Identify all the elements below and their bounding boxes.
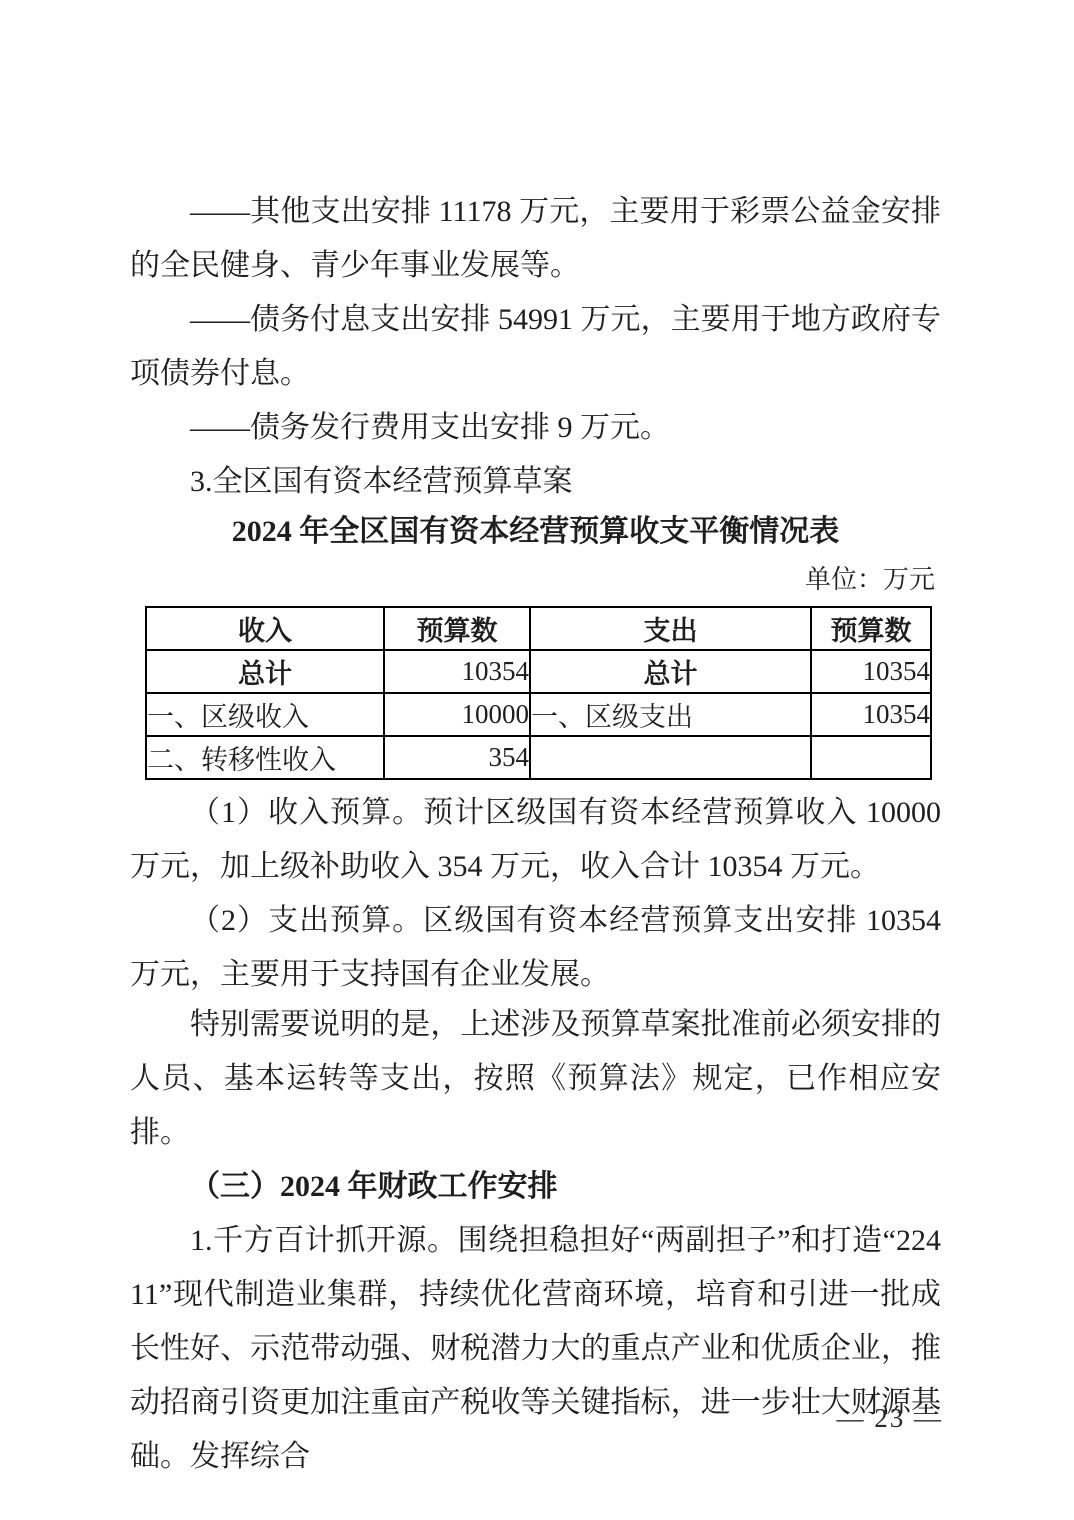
col-header-expenditure: 支出 (530, 607, 811, 650)
paragraph-revenue-budget: （1）收入预算。预计区级国有资本经营预算收入 10000 万元，加上级补助收入 … (130, 786, 941, 894)
heading-2024-fiscal-work: （三）2024 年财政工作安排 (130, 1160, 941, 1214)
unit-label: 单位：万元 (130, 560, 941, 600)
col-header-expenditure-budget: 预算数 (811, 607, 931, 650)
cell-district-income-value: 10000 (384, 693, 530, 736)
paragraph-debt-interest-expenditure: ——债务付息支出安排 54991 万元，主要用于地方政府专项债券付息。 (130, 293, 941, 401)
cell-expenditure-total-label: 总计 (530, 650, 811, 693)
document-content: ——其他支出安排 11178 万元，主要用于彩票公益金安排的全民健身、青少年事业… (130, 0, 941, 1484)
cell-expenditure-total-value: 10354 (811, 650, 931, 693)
col-header-income: 收入 (146, 607, 384, 650)
table-row-transfer-income: 二、转移性收入 354 (146, 736, 931, 779)
cell-district-income-label: 一、区级收入 (146, 693, 384, 736)
table-header-row: 收入 预算数 支出 预算数 (146, 607, 931, 650)
col-header-income-budget: 预算数 (384, 607, 530, 650)
cell-district-expenditure-value: 10354 (811, 693, 931, 736)
cell-transfer-income-value: 354 (384, 736, 530, 779)
paragraph-revenue-expansion: 1.千方百计抓开源。围绕担稳担好“两副担子”和打造“22411”现代制造业集群，… (130, 1214, 941, 1484)
budget-balance-table: 收入 预算数 支出 预算数 总计 10354 总计 10354 一、区级收入 1… (145, 606, 932, 780)
cell-income-total-value: 10354 (384, 650, 530, 693)
table-row-total: 总计 10354 总计 10354 (146, 650, 931, 693)
paragraph-debt-issuance-fee: ——债务发行费用支出安排 9 万元。 (130, 401, 941, 455)
paragraph-other-expenditure: ——其他支出安排 11178 万元，主要用于彩票公益金安排的全民健身、青少年事业… (130, 185, 941, 293)
document-page: ——其他支出安排 11178 万元，主要用于彩票公益金安排的全民健身、青少年事业… (0, 0, 1074, 1520)
cell-transfer-income-label: 二、转移性收入 (146, 736, 384, 779)
table-title: 2024 年全区国有资本经营预算收支平衡情况表 (130, 509, 941, 555)
paragraph-expenditure-budget: （2）支出预算。区级国有资本经营预算支出安排 10354 万元，主要用于支持国有… (130, 894, 941, 1002)
cell-income-total-label: 总计 (146, 650, 384, 693)
cell-district-expenditure-label: 一、区级支出 (530, 693, 811, 736)
paragraph-special-note: 特别需要说明的是，上述涉及预算草案批准前必须安排的人员、基本运转等支出，按照《预… (130, 998, 941, 1160)
heading-soe-budget-draft: 3.全区国有资本经营预算草案 (130, 455, 941, 509)
page-number: — 23 — (837, 1402, 944, 1434)
cell-empty-expenditure-value (811, 736, 931, 779)
table-row-district-level: 一、区级收入 10000 一、区级支出 10354 (146, 693, 931, 736)
cell-empty-expenditure-label (530, 736, 811, 779)
